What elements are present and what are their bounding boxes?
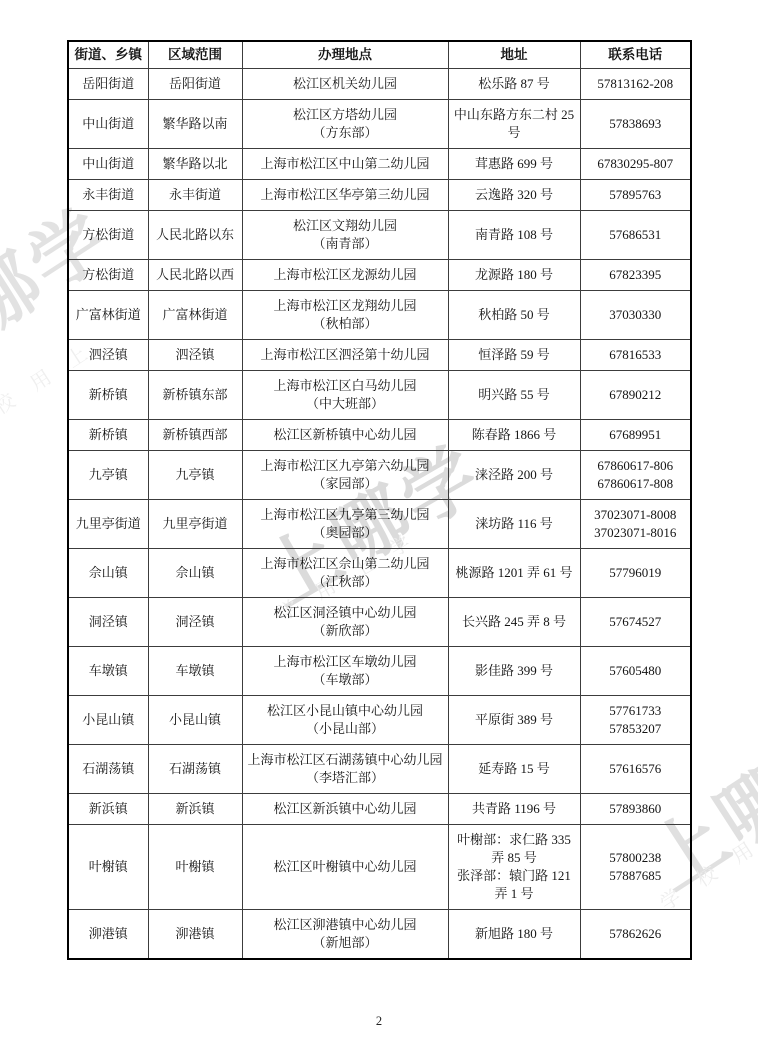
cell-area: 小昆山镇 xyxy=(148,696,242,745)
cell-town: 新浜镇 xyxy=(68,794,148,825)
cell-location: 松江区洞泾镇中心幼儿园 （新欣部） xyxy=(242,598,448,647)
cell-town: 叶榭镇 xyxy=(68,825,148,910)
cell-location: 松江区文翔幼儿园 （南青部） xyxy=(242,211,448,260)
cell-phone: 67860617-806 67860617-808 xyxy=(580,451,691,500)
cell-town: 九亭镇 xyxy=(68,451,148,500)
table-row: 泖港镇 泖港镇 松江区泖港镇中心幼儿园 （新旭部） 新旭路 180 号 5786… xyxy=(68,910,691,960)
cell-town: 新桥镇 xyxy=(68,371,148,420)
cell-phone: 57761733 57853207 xyxy=(580,696,691,745)
cell-address: 松乐路 87 号 xyxy=(448,69,580,100)
cell-address: 涞泾路 200 号 xyxy=(448,451,580,500)
header-phone: 联系电话 xyxy=(580,41,691,69)
table-row: 中山街道 繁华路以南 松江区方塔幼儿园 （方东部） 中山东路方东二村 25 号 … xyxy=(68,100,691,149)
cell-town: 永丰街道 xyxy=(68,180,148,211)
cell-phone: 57605480 xyxy=(580,647,691,696)
cell-location: 上海市松江区华亭第三幼儿园 xyxy=(242,180,448,211)
cell-location: 上海市松江区中山第二幼儿园 xyxy=(242,149,448,180)
cell-area: 人民北路以东 xyxy=(148,211,242,260)
cell-address: 恒泽路 59 号 xyxy=(448,340,580,371)
header-area: 区域范围 xyxy=(148,41,242,69)
cell-area: 九里亭街道 xyxy=(148,500,242,549)
cell-address: 南青路 108 号 xyxy=(448,211,580,260)
cell-phone: 67830295-807 xyxy=(580,149,691,180)
cell-location: 上海市松江区龙翔幼儿园 （秋柏部） xyxy=(242,291,448,340)
cell-area: 洞泾镇 xyxy=(148,598,242,647)
cell-address: 云逸路 320 号 xyxy=(448,180,580,211)
cell-area: 叶榭镇 xyxy=(148,825,242,910)
cell-town: 岳阳街道 xyxy=(68,69,148,100)
cell-area: 泗泾镇 xyxy=(148,340,242,371)
cell-area: 石湖荡镇 xyxy=(148,745,242,794)
cell-phone: 67890212 xyxy=(580,371,691,420)
table-row: 洞泾镇 洞泾镇 松江区洞泾镇中心幼儿园 （新欣部） 长兴路 245 弄 8 号 … xyxy=(68,598,691,647)
cell-town: 九里亭街道 xyxy=(68,500,148,549)
table-row: 岳阳街道 岳阳街道 松江区机关幼儿园 松乐路 87 号 57813162-208 xyxy=(68,69,691,100)
cell-address: 涞坊路 116 号 xyxy=(448,500,580,549)
cell-location: 上海市松江区九亭第三幼儿园 （奥园部） xyxy=(242,500,448,549)
cell-location: 上海市松江区龙源幼儿园 xyxy=(242,260,448,291)
header-address: 地址 xyxy=(448,41,580,69)
table-row: 广富林街道 广富林街道 上海市松江区龙翔幼儿园 （秋柏部） 秋柏路 50 号 3… xyxy=(68,291,691,340)
cell-address: 叶榭部：求仁路 335 弄 85 号 张泽部：辕门路 121 弄 1 号 xyxy=(448,825,580,910)
cell-area: 繁华路以南 xyxy=(148,100,242,149)
cell-town: 车墩镇 xyxy=(68,647,148,696)
cell-location: 上海市松江区车墩幼儿园 （车墩部） xyxy=(242,647,448,696)
cell-phone: 67689951 xyxy=(580,420,691,451)
table-row: 新桥镇 新桥镇西部 松江区新桥镇中心幼儿园 陈春路 1866 号 6768995… xyxy=(68,420,691,451)
cell-address: 陈春路 1866 号 xyxy=(448,420,580,451)
cell-town: 中山街道 xyxy=(68,149,148,180)
cell-phone: 57838693 xyxy=(580,100,691,149)
cell-address: 茸惠路 699 号 xyxy=(448,149,580,180)
table-row: 方松街道 人民北路以西 上海市松江区龙源幼儿园 龙源路 180 号 678233… xyxy=(68,260,691,291)
cell-address: 桃源路 1201 弄 61 号 xyxy=(448,549,580,598)
cell-location: 松江区方塔幼儿园 （方东部） xyxy=(242,100,448,149)
cell-location: 松江区机关幼儿园 xyxy=(242,69,448,100)
cell-address: 新旭路 180 号 xyxy=(448,910,580,960)
table-header-row: 街道、乡镇 区域范围 办理地点 地址 联系电话 xyxy=(68,41,691,69)
table-row: 泗泾镇 泗泾镇 上海市松江区泗泾第十幼儿园 恒泽路 59 号 67816533 xyxy=(68,340,691,371)
cell-phone: 57686531 xyxy=(580,211,691,260)
table-row: 方松街道 人民北路以东 松江区文翔幼儿园 （南青部） 南青路 108 号 576… xyxy=(68,211,691,260)
cell-phone: 57800238 57887685 xyxy=(580,825,691,910)
cell-address: 秋柏路 50 号 xyxy=(448,291,580,340)
cell-address: 长兴路 245 弄 8 号 xyxy=(448,598,580,647)
table-row: 新浜镇 新浜镇 松江区新浜镇中心幼儿园 共青路 1196 号 57893860 xyxy=(68,794,691,825)
cell-location: 上海市松江区佘山第二幼儿园 （江秋部） xyxy=(242,549,448,598)
cell-town: 佘山镇 xyxy=(68,549,148,598)
table-row: 九亭镇 九亭镇 上海市松江区九亭第六幼儿园 （家园部） 涞泾路 200 号 67… xyxy=(68,451,691,500)
cell-town: 广富林街道 xyxy=(68,291,148,340)
document-page: 上哪学 校 用 上 上哪学 学 用 上 学 上哪学 学 校 用 街道、乡镇 区域… xyxy=(0,0,758,1054)
header-location: 办理地点 xyxy=(242,41,448,69)
cell-address: 共青路 1196 号 xyxy=(448,794,580,825)
cell-location: 上海市松江区泗泾第十幼儿园 xyxy=(242,340,448,371)
cell-location: 松江区小昆山镇中心幼儿园 （小昆山部） xyxy=(242,696,448,745)
cell-address: 明兴路 55 号 xyxy=(448,371,580,420)
cell-area: 九亭镇 xyxy=(148,451,242,500)
cell-phone: 57674527 xyxy=(580,598,691,647)
cell-town: 泖港镇 xyxy=(68,910,148,960)
table-row: 佘山镇 佘山镇 上海市松江区佘山第二幼儿园 （江秋部） 桃源路 1201 弄 6… xyxy=(68,549,691,598)
cell-area: 新浜镇 xyxy=(148,794,242,825)
cell-address: 平原街 389 号 xyxy=(448,696,580,745)
cell-town: 洞泾镇 xyxy=(68,598,148,647)
cell-phone: 57796019 xyxy=(580,549,691,598)
cell-area: 繁华路以北 xyxy=(148,149,242,180)
cell-location: 上海市松江区石湖荡镇中心幼儿园 （李塔汇部） xyxy=(242,745,448,794)
cell-phone: 37023071-8008 37023071-8016 xyxy=(580,500,691,549)
cell-address: 延寿路 15 号 xyxy=(448,745,580,794)
cell-town: 小昆山镇 xyxy=(68,696,148,745)
cell-phone: 37030330 xyxy=(580,291,691,340)
cell-town: 石湖荡镇 xyxy=(68,745,148,794)
table-row: 叶榭镇 叶榭镇 松江区叶榭镇中心幼儿园 叶榭部：求仁路 335 弄 85 号 张… xyxy=(68,825,691,910)
cell-town: 方松街道 xyxy=(68,260,148,291)
cell-phone: 57616576 xyxy=(580,745,691,794)
cell-location: 松江区泖港镇中心幼儿园 （新旭部） xyxy=(242,910,448,960)
cell-phone: 57895763 xyxy=(580,180,691,211)
cell-phone: 57813162-208 xyxy=(580,69,691,100)
table-row: 九里亭街道 九里亭街道 上海市松江区九亭第三幼儿园 （奥园部） 涞坊路 116 … xyxy=(68,500,691,549)
cell-location: 上海市松江区九亭第六幼儿园 （家园部） xyxy=(242,451,448,500)
cell-location: 松江区叶榭镇中心幼儿园 xyxy=(242,825,448,910)
cell-phone: 57893860 xyxy=(580,794,691,825)
page-number: 2 xyxy=(0,1014,758,1029)
cell-town: 方松街道 xyxy=(68,211,148,260)
cell-location: 松江区新浜镇中心幼儿园 xyxy=(242,794,448,825)
cell-area: 广富林街道 xyxy=(148,291,242,340)
table-row: 小昆山镇 小昆山镇 松江区小昆山镇中心幼儿园 （小昆山部） 平原街 389 号 … xyxy=(68,696,691,745)
table-row: 新桥镇 新桥镇东部 上海市松江区白马幼儿园 （中大班部） 明兴路 55 号 67… xyxy=(68,371,691,420)
cell-town: 泗泾镇 xyxy=(68,340,148,371)
cell-address: 影佳路 399 号 xyxy=(448,647,580,696)
cell-location: 松江区新桥镇中心幼儿园 xyxy=(242,420,448,451)
cell-area: 永丰街道 xyxy=(148,180,242,211)
cell-area: 新桥镇西部 xyxy=(148,420,242,451)
cell-area: 人民北路以西 xyxy=(148,260,242,291)
table-body: 岳阳街道 岳阳街道 松江区机关幼儿园 松乐路 87 号 57813162-208… xyxy=(68,69,691,960)
kindergarten-contact-table: 街道、乡镇 区域范围 办理地点 地址 联系电话 岳阳街道 岳阳街道 松江区机关幼… xyxy=(67,40,692,960)
header-town: 街道、乡镇 xyxy=(68,41,148,69)
cell-address: 中山东路方东二村 25 号 xyxy=(448,100,580,149)
cell-area: 车墩镇 xyxy=(148,647,242,696)
table-row: 永丰街道 永丰街道 上海市松江区华亭第三幼儿园 云逸路 320 号 578957… xyxy=(68,180,691,211)
cell-area: 岳阳街道 xyxy=(148,69,242,100)
cell-area: 新桥镇东部 xyxy=(148,371,242,420)
table-row: 中山街道 繁华路以北 上海市松江区中山第二幼儿园 茸惠路 699 号 67830… xyxy=(68,149,691,180)
cell-phone: 67816533 xyxy=(580,340,691,371)
cell-phone: 67823395 xyxy=(580,260,691,291)
cell-phone: 57862626 xyxy=(580,910,691,960)
cell-area: 泖港镇 xyxy=(148,910,242,960)
cell-town: 中山街道 xyxy=(68,100,148,149)
table-row: 车墩镇 车墩镇 上海市松江区车墩幼儿园 （车墩部） 影佳路 399 号 5760… xyxy=(68,647,691,696)
cell-location: 上海市松江区白马幼儿园 （中大班部） xyxy=(242,371,448,420)
cell-address: 龙源路 180 号 xyxy=(448,260,580,291)
table-row: 石湖荡镇 石湖荡镇 上海市松江区石湖荡镇中心幼儿园 （李塔汇部） 延寿路 15 … xyxy=(68,745,691,794)
cell-town: 新桥镇 xyxy=(68,420,148,451)
cell-area: 佘山镇 xyxy=(148,549,242,598)
